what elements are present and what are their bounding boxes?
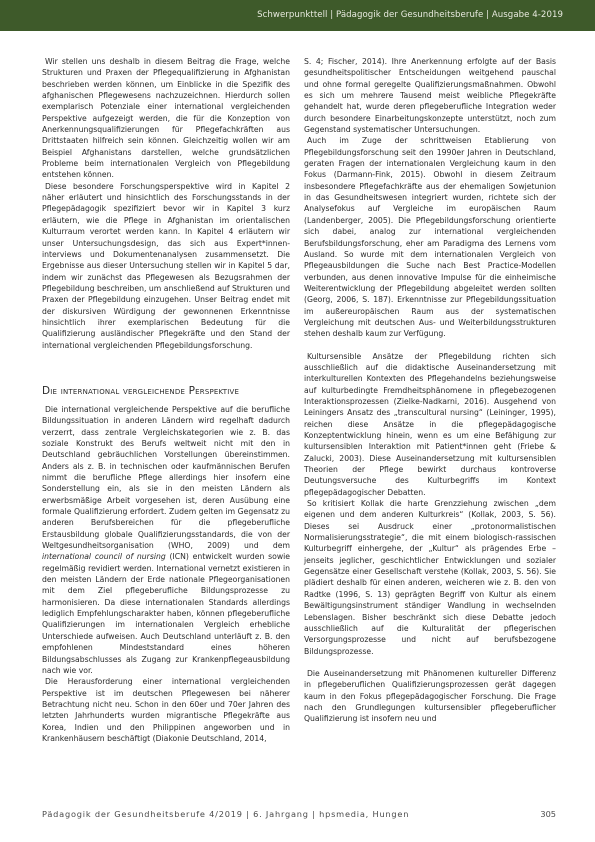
header-bar: Schwerpunkttell | Pädagogik der Gesundhe… (0, 0, 595, 31)
section-heading: Die international vergleichende Perspekt… (42, 384, 290, 398)
paragraph: Diese besondere Forschungsperspektive wi… (42, 181, 290, 351)
right-column: S. 4; Fischer, 2014). Ihre Anerkennung e… (304, 56, 556, 725)
emphasis-text: international council of nursing (42, 552, 166, 561)
paragraph-text: Die international vergleichende Perspekt… (42, 405, 290, 550)
paragraph: Die international vergleichende Perspekt… (42, 404, 290, 676)
paragraph: Auch im Zuge der schrittweisen Etablieru… (304, 135, 556, 339)
page-number: 305 (540, 809, 556, 819)
paragraph: Die Herausforderung einer international … (42, 676, 290, 744)
running-head: Schwerpunkttell | Pädagogik der Gesundhe… (257, 10, 563, 20)
paragraph: So kritisiert Kollak die harte Grenzzieh… (304, 498, 556, 657)
paragraph: Kultursensible Ansätze der Pflegebildung… (304, 351, 556, 498)
paragraph: Die Auseinandersetzung mit Phänomenen ku… (304, 668, 556, 725)
left-column: Wir stellen uns deshalb in diesem Beitra… (42, 56, 290, 744)
paragraph: Wir stellen uns deshalb in diesem Beitra… (42, 56, 290, 181)
paragraph: S. 4; Fischer, 2014). Ihre Anerkennung e… (304, 56, 556, 135)
paragraph-text: (ICN) entwickelt wurden sowie regelmäßig… (42, 552, 290, 674)
journal-info: Pädagogik der Gesundheitsberufe 4/2019 |… (42, 809, 409, 819)
